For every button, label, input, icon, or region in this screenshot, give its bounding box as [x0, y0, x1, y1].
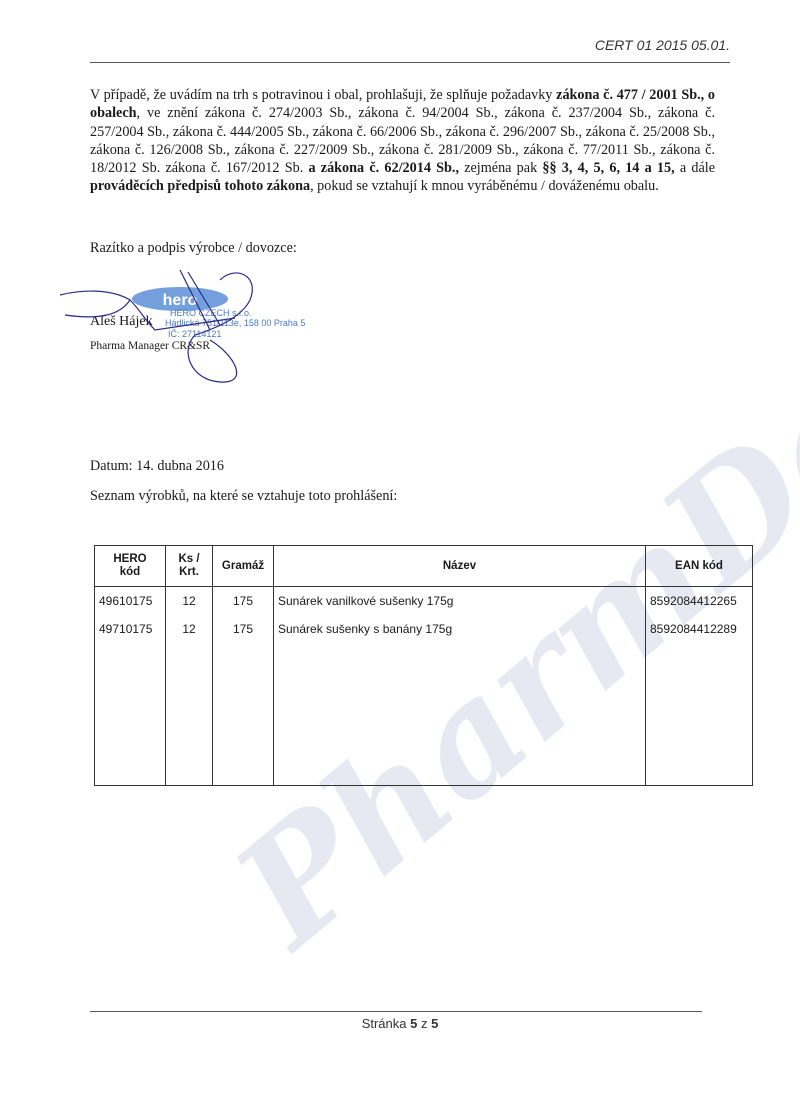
- cell-hero-code: 49710175: [95, 615, 166, 643]
- column-header-pieces-per-carton: Ks /Krt.: [166, 546, 213, 587]
- declaration-segment: §§ 3, 4, 5, 6, 14 a 15,: [542, 160, 674, 176]
- column-header-weight: Gramáž: [213, 546, 274, 587]
- cell-weight: 175: [213, 587, 274, 616]
- table-row: 49710175 12 175 Sunárek sušenky s banány…: [95, 615, 753, 643]
- cell-ean: 8592084412289: [646, 615, 753, 643]
- declaration-segment: a dále: [675, 160, 715, 176]
- declaration-segment: zejména pak: [459, 160, 542, 176]
- column-header-hero-code: HEROkód: [95, 546, 166, 587]
- signature-label: Razítko a podpis výrobce / dovozce:: [90, 240, 297, 257]
- cell-weight: 175: [213, 615, 274, 643]
- declaration-paragraph: V případě, že uvádím na trh s potravinou…: [90, 86, 715, 196]
- cell-ean: 8592084412265: [646, 587, 753, 616]
- document-code: CERT 01 2015 05.01.: [595, 37, 730, 53]
- cell-pieces-per-carton: 12: [166, 615, 213, 643]
- page-number: Stránka 5 z 5: [0, 1016, 800, 1031]
- cell-hero-code: 49610175: [95, 587, 166, 616]
- declaration-segment: , pokud se vztahují k mnou vyráběnému / …: [310, 178, 659, 194]
- table-header-row: HEROkód Ks /Krt. Gramáž Název EAN kód: [95, 546, 753, 587]
- date-line: Datum: 14. dubna 2016: [90, 458, 224, 475]
- declaration-segment: a zákona č. 62/2014 Sb.,: [308, 160, 459, 176]
- product-table: HEROkód Ks /Krt. Gramáž Název EAN kód 49…: [94, 545, 753, 786]
- column-header-ean: EAN kód: [646, 546, 753, 587]
- cell-pieces-per-carton: 12: [166, 587, 213, 616]
- handwritten-signature: [60, 260, 360, 390]
- declaration-segment: V případě, že uvádím na trh s potravinou…: [90, 87, 556, 103]
- signature-block: hero HERO CZECH s.r.o. Hádlická 751/113e…: [60, 260, 360, 390]
- cell-name: Sunárek sušenky s banány 175g: [274, 615, 646, 643]
- declaration-segment: prováděcích předpisů tohoto zákona: [90, 178, 310, 194]
- table-empty-row: [95, 643, 753, 786]
- cell-name: Sunárek vanilkové sušenky 175g: [274, 587, 646, 616]
- column-header-name: Název: [274, 546, 646, 587]
- footer-divider: [90, 1011, 702, 1012]
- header-divider: [90, 62, 730, 63]
- table-row: 49610175 12 175 Sunárek vanilkové sušenk…: [95, 587, 753, 616]
- product-list-intro: Seznam výrobků, na které se vztahuje tot…: [90, 488, 397, 505]
